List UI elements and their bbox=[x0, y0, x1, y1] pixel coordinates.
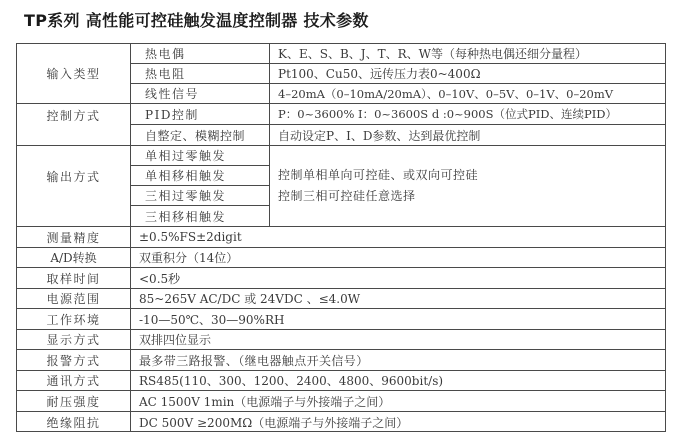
value-autotune: 自动设定P、I、D参数、达到最优控制 bbox=[269, 124, 666, 145]
sub-label-rtd: 热电阻 bbox=[130, 63, 269, 83]
value-power-range: 85~265V AC/DC 或 24VDC 、≤4.0W bbox=[130, 288, 666, 308]
sub-label-three-zero: 三相过零触发 bbox=[130, 185, 269, 205]
value-alarm-mode: 最多带三路报警、（继电器触点开关信号） bbox=[130, 349, 666, 370]
sub-label-thermocouple: 热电偶 bbox=[130, 43, 269, 63]
row-label-output-mode: 输出方式 bbox=[16, 145, 130, 226]
value-sampling-time: <0.5秒 bbox=[130, 267, 666, 288]
row-label-control-mode: 控制方式 bbox=[16, 103, 130, 145]
value-output-line-2: 控制三相可控硅任意选择 bbox=[278, 186, 416, 207]
row-label-sampling-time: 取样时间 bbox=[16, 267, 130, 288]
page-title: TP系列 高性能可控硅触发温度控制器 技术参数 bbox=[24, 8, 369, 31]
value-output-mode: 控制单相单向可控硅、或双向可控硅 控制三相可控硅任意选择 bbox=[269, 145, 666, 226]
value-withstand-voltage: AC 1500V 1min（电源端子与外接端子之间） bbox=[130, 390, 666, 411]
sub-label-autotune: 自整定、模糊控制 bbox=[130, 124, 269, 145]
row-label-communication: 通讯方式 bbox=[16, 370, 130, 390]
value-output-line-1: 控制单相单向可控硅、或双向可控硅 bbox=[278, 165, 478, 186]
sub-label-single-zero: 单相过零触发 bbox=[130, 145, 269, 165]
row-label-insulation: 绝缘阻抗 bbox=[16, 411, 130, 432]
value-insulation: DC 500V ≥200MΩ（电源端子与外接端子之间） bbox=[130, 411, 666, 432]
value-environment: -10—50℃、30—90%RH bbox=[130, 308, 666, 329]
spec-table: 输入类型 热电偶 K、E、S、B、J、T、R、W等（每种热电偶还细分量程） 热电… bbox=[16, 43, 666, 432]
row-label-alarm-mode: 报警方式 bbox=[16, 349, 130, 370]
value-rtd: Pt100、Cu50、远传压力表0~400Ω bbox=[269, 63, 666, 83]
row-label-display-mode: 显示方式 bbox=[16, 329, 130, 349]
value-ad-conversion: 双重积分（14位） bbox=[130, 247, 666, 267]
value-communication: RS485(110、300、1200、2400、4800、9600bit/s) bbox=[130, 370, 666, 390]
row-label-ad-conversion: A/D转换 bbox=[16, 247, 130, 267]
value-linear-signal: 4–20mA（0–10mA/20mA）、0–10V、0–5V、0–1V、0–20… bbox=[269, 83, 666, 103]
value-display-mode: 双排四位显示 bbox=[130, 329, 666, 349]
row-label-power-range: 电源范围 bbox=[16, 288, 130, 308]
row-label-accuracy: 测量精度 bbox=[16, 226, 130, 247]
sub-label-three-phase-shift: 三相移相触发 bbox=[130, 205, 269, 226]
value-thermocouple: K、E、S、B、J、T、R、W等（每种热电偶还细分量程） bbox=[269, 43, 666, 63]
row-label-input-type: 输入类型 bbox=[16, 43, 130, 103]
sub-label-linear-signal: 线性信号 bbox=[130, 83, 269, 103]
sub-label-pid: PID控制 bbox=[130, 103, 269, 124]
row-label-withstand-voltage: 耐压强度 bbox=[16, 390, 130, 411]
value-accuracy: ±0.5%FS±2digit bbox=[130, 226, 666, 247]
row-label-environment: 工作环境 bbox=[16, 308, 130, 329]
value-pid: P：0~3600% I：0~3600S d :0~900S（位式PID、连续PI… bbox=[269, 103, 666, 124]
sub-label-single-phase-shift: 单相移相触发 bbox=[130, 165, 269, 185]
